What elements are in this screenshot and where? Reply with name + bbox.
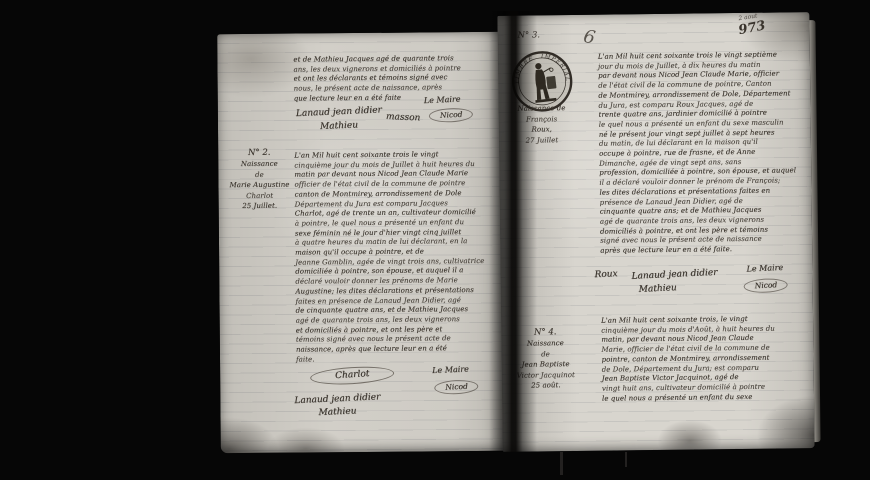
act2-body-text: L'an Mil huit cent soixante trois le vin… [294,150,499,365]
mayor-title-signature: Le Maire [424,94,461,105]
mathieu-signature: Mathieu [638,283,676,295]
mayor-paraph-signature: Nicod [429,107,474,123]
manuscript-line: Charlot [225,190,295,201]
charlot-signature: Charlot [310,365,395,387]
manuscript-line: témoins signé avec nous le présent acte … [296,334,499,345]
manuscript-line: cinquième jour du mois de Juillet à huit… [294,160,497,171]
mayor-paraph-signature: Nicod [434,379,479,395]
lanaud-signature: Lanaud jean didier [296,105,382,119]
manuscript-line: François [501,113,583,125]
manuscript-line: faite. [296,354,499,365]
mayor-paraph-signature: Nicod [743,278,788,294]
page-edge-remnant [625,452,627,467]
manuscript-line: agé de quarante trois ans, les deux vign… [296,315,499,326]
manuscript-line: nous, le présent acte de naissance, aprè… [294,83,496,94]
mayor-title-signature: Le Maire [432,364,469,375]
act3-number: N° 3. [518,30,541,41]
roux-signature: Roux [594,269,618,280]
manuscript-line: Jeanne Gamblin, agée de vingt trois ans,… [295,257,498,268]
manuscript-line: déclaré vouloir donner les prénoms de Ma… [295,276,498,287]
mathieu-signature: Mathieu [318,406,356,418]
manuscript-line: de [224,169,294,180]
right-page: 2 aout 973 N° 3. 6 TIMBRE [497,12,814,452]
manuscript-line: officier de l'état civil de la commune d… [294,179,497,190]
manuscript-line: 25 Juillet. [225,201,295,212]
left-page: et de Mathieu Jacques agé de quarante tr… [217,32,504,453]
act2-margin-lines: NaissancedeMarie AugustineCharlot25 Juil… [224,159,294,212]
manuscript-line: faites en présence de Lanaud Jean Didier… [295,295,498,306]
manuscript-line: Victor Jacquinot [504,369,588,381]
manuscript-line: Naissance [224,159,294,170]
manuscript-line: de [503,348,587,360]
masson-signature: masson [386,112,421,123]
mayor-title-signature: Le Maire [746,263,783,274]
act2-number: N° 2. [224,148,294,160]
manuscript-line: 25 août. [504,380,588,392]
act1-ending-text: et de Mathieu Jacques agé de quarante tr… [293,54,495,104]
act4-margin-note: N° 4. NaissancedeJean BaptisteVictor Jac… [503,327,588,392]
page-edge-remnant [560,452,563,475]
manuscript-line: 27 Juillet [501,134,583,146]
act4-body-text: L'an Mil huit cent soixante trois, le vi… [601,314,808,404]
paraph-flourish: 6 [582,26,597,49]
mathieu-signature: Mathieu [320,120,358,132]
manuscript-line: Département du Jura est comparu Jacques [295,198,498,209]
page-fore-edge [809,20,820,442]
lanaud-signature: Lanaud jean didier [631,268,717,282]
act3-margin-note: Naissance deFrançoisRoux,27 Juillet [500,103,583,146]
act4-margin-lines: NaissancedeJean BaptisteVictor Jacquinot… [503,338,588,392]
manuscript-line: à quatre heures du matin de lui déclaran… [295,237,498,248]
manuscript-line: ans, les deux vignerons et domiciliés à … [293,64,495,75]
register-scan: et de Mathieu Jacques agé de quarante tr… [0,0,870,480]
lanaud-signature: Lanaud jean didier [294,392,380,406]
manuscript-line: que lecture leur en a été faite [294,93,496,104]
manuscript-line: à pointre, le quel nous a présenté un en… [295,218,498,229]
act3-body-text: L'an Mil huit cent soixante trois le vin… [598,50,806,256]
act2-margin-note: N° 2. NaissancedeMarie AugustineCharlot2… [224,148,295,212]
manuscript-line: Marie Augustine [224,180,294,191]
